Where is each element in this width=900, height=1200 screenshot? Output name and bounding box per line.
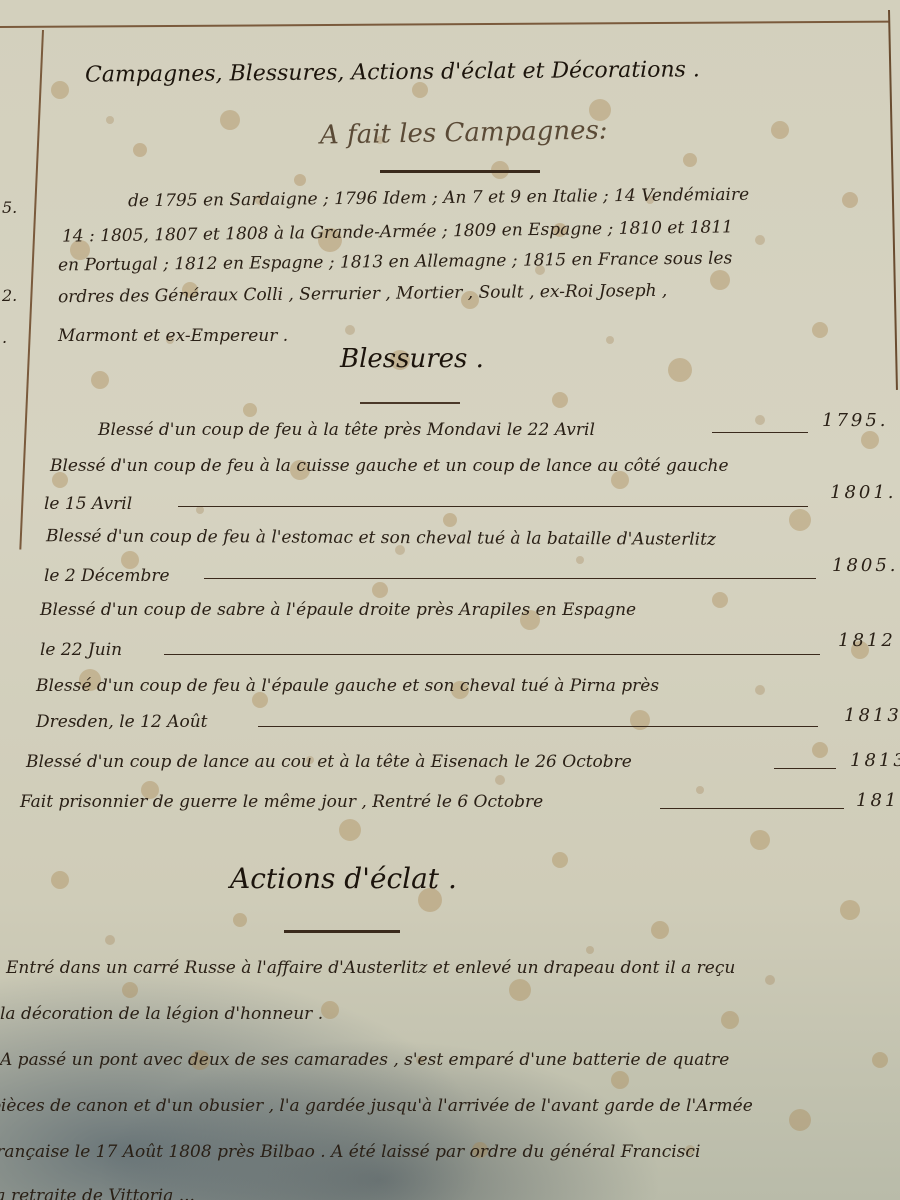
- wound-year: 1801.: [830, 482, 897, 503]
- document-page: 5. 2. . Campagnes, Blessures, Actions d'…: [0, 0, 900, 1200]
- wound-line: Blessé d'un coup de feu à la cuisse gauc…: [50, 456, 729, 476]
- margin-mark: 5.: [2, 198, 17, 217]
- wound-year: 1812: [838, 630, 896, 651]
- wound-year: 1805.: [832, 555, 899, 576]
- leader-line: [660, 808, 844, 809]
- heading-underline: [284, 930, 400, 933]
- action-line: la décoration de la légion d'honneur .: [0, 1004, 323, 1024]
- campaigns-heading: A fait les Campagnes:: [320, 115, 608, 150]
- campaign-line: en Portugal ; 1812 en Espagne ; 1813 en …: [58, 248, 732, 275]
- action-line: pièces de canon et d'un obusier , l'a ga…: [0, 1096, 753, 1116]
- action-line: A passé un pont avec deux de ses camarad…: [0, 1050, 729, 1070]
- heading-underline: [360, 402, 460, 404]
- wound-line: Dresden, le 12 Août: [36, 712, 207, 732]
- leader-line: [712, 432, 808, 433]
- leader-line: [164, 654, 820, 655]
- page-border-left: [19, 30, 44, 550]
- wound-year: 1813: [850, 750, 900, 771]
- margin-mark: .: [2, 328, 7, 347]
- wound-year: 1813: [844, 705, 900, 726]
- wound-line: Blessé d'un coup de lance au cou et à la…: [26, 752, 632, 772]
- action-line: la retraite de Vittoria ...: [0, 1186, 195, 1200]
- page-border-top: [0, 21, 890, 28]
- wound-line: Fait prisonnier de guerre le même jour ,…: [20, 792, 543, 812]
- page-border-right: [888, 10, 898, 390]
- action-line: Entré dans un carré Russe à l'affaire d'…: [6, 958, 735, 978]
- campaign-line: Marmont et ex-Empereur .: [58, 326, 288, 346]
- leader-line: [258, 726, 818, 727]
- leader-line: [178, 506, 808, 507]
- actions-heading: Actions d'éclat .: [230, 862, 457, 895]
- document-title: Campagnes, Blessures, Actions d'éclat et…: [85, 57, 700, 87]
- wound-line: Blessé d'un coup de feu à l'estomac et s…: [46, 526, 716, 550]
- campaign-line: ordres des Généraux Colli , Serrurier , …: [58, 281, 667, 307]
- wound-line: le 22 Juin: [40, 640, 122, 660]
- wound-year: 1795.: [822, 410, 889, 431]
- margin-mark: 2.: [2, 286, 17, 305]
- campaign-line: de 1795 en Sardaigne ; 1796 Idem ; An 7 …: [128, 185, 749, 212]
- campaign-line: 14 : 1805, 1807 et 1808 à la Grande-Armé…: [62, 217, 733, 246]
- wound-line: Blessé d'un coup de sabre à l'épaule dro…: [40, 600, 636, 620]
- leader-line: [204, 578, 816, 579]
- wound-line: le 15 Avril: [44, 494, 132, 514]
- wounds-heading: Blessures .: [340, 344, 484, 374]
- wound-line: Blessé d'un coup de feu à l'épaule gauch…: [36, 676, 659, 696]
- action-line: française le 17 Août 1808 près Bilbao . …: [0, 1142, 700, 1162]
- wound-line: le 2 Décembre: [44, 566, 170, 586]
- wound-line: Blessé d'un coup de feu à la tête près M…: [98, 420, 595, 440]
- leader-line: [774, 768, 836, 769]
- wound-year: 181: [856, 790, 899, 811]
- heading-underline: [380, 170, 540, 173]
